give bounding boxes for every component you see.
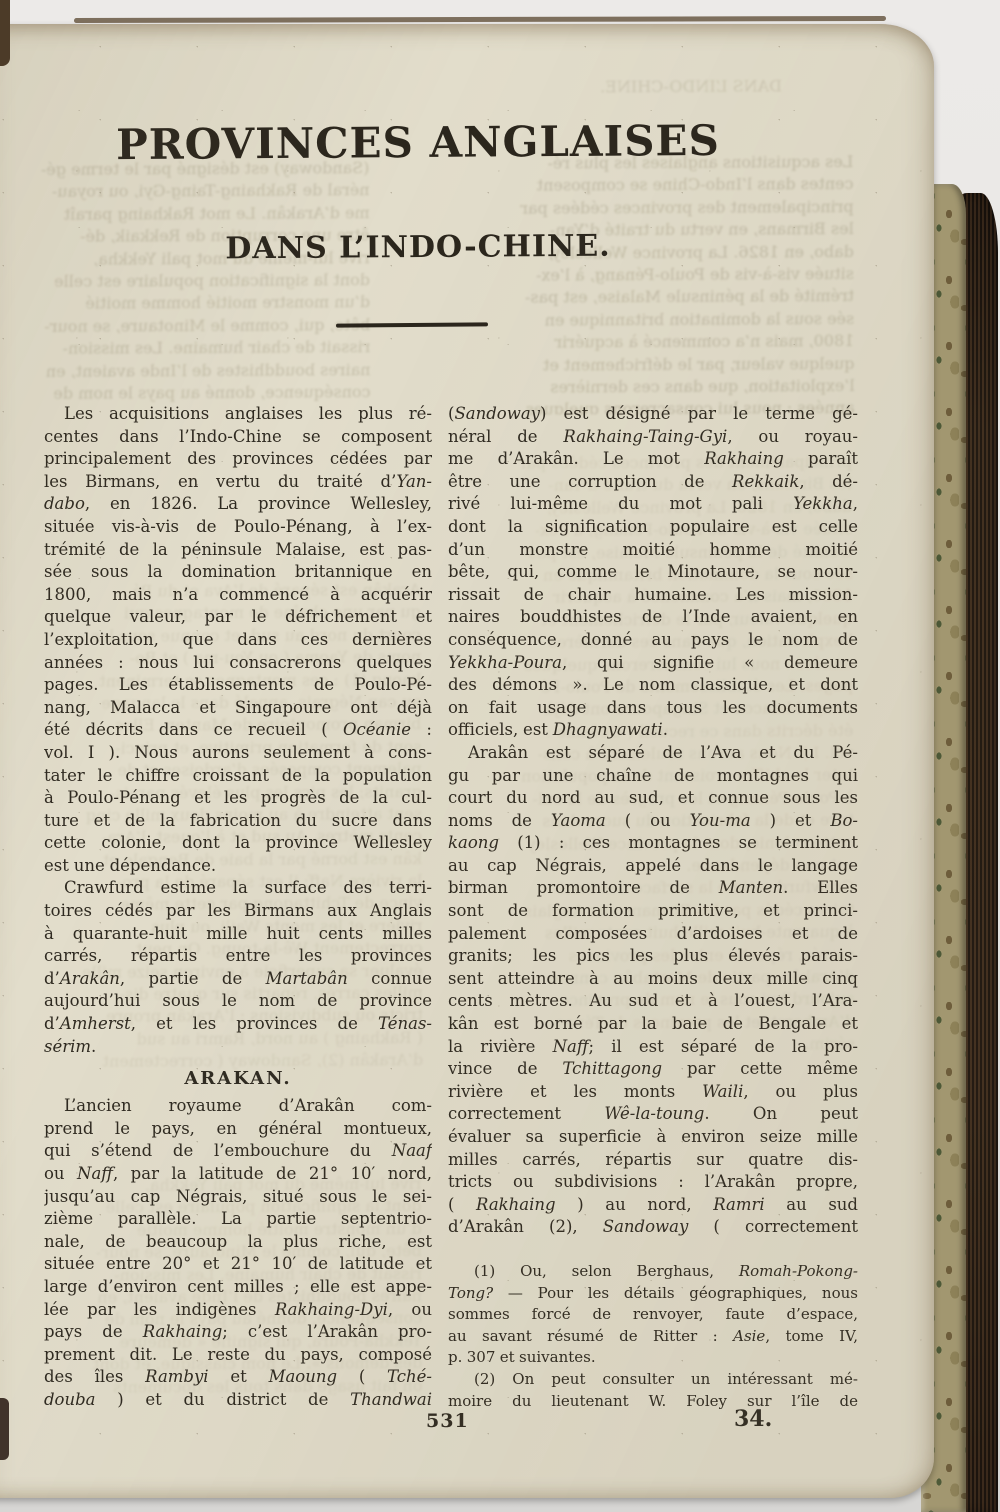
text-line: située vis-à-vis de Poulo-Pénang, à l’ex… (44, 516, 432, 539)
text-line: cents mètres. Au sud et à l’ouest, l’Ara… (448, 990, 858, 1013)
text-line: bête, qui, comme le Minotaure, se nour- (448, 561, 858, 584)
signature-mark: 34. (734, 1406, 772, 1432)
text-line: naires bouddhistes de l’Inde avaient, en (448, 606, 858, 629)
footnote: (1) Ou, selon Berghaus, Romah-Pokong-Ton… (448, 1261, 858, 1369)
paragraph: Crawfurd estime la surface des terri-toi… (44, 877, 432, 1058)
text-line: (2) On peut consulter un intéressant mé- (448, 1369, 858, 1391)
text-line: située entre 20° et 21° 10′ de latitude … (44, 1253, 432, 1276)
paragraph: Les acquisitions anglaises les plus ré-c… (44, 403, 432, 877)
text-line: à Poulo-Pénang et les progrès de la cul- (44, 787, 432, 810)
text-line: sée sous la domination britannique en (44, 561, 432, 584)
section-heading: ARAKAN. (44, 1068, 432, 1090)
page-top-edge (74, 16, 886, 23)
text-line: quelque valeur, par le défrichement et (44, 606, 432, 629)
text-line: conséquence, donné au pays le nom de (448, 629, 858, 652)
text-line: vince de Tchittagong par cette même (448, 1058, 858, 1081)
text-line: prement dit. Le reste du pays, composé (44, 1344, 432, 1367)
text-line: été décrits dans ce recueil ( Océanie : (44, 719, 432, 742)
text-line: est une dépendance. (44, 855, 432, 878)
text-line: Les acquisitions anglaises les plus ré- (44, 403, 432, 426)
binding-corner-bottom (0, 1398, 9, 1460)
text-line: la rivière Naff; il est séparé de la pro… (448, 1036, 858, 1059)
book-page: (Sandoway) est désigné par le terme gé-n… (0, 24, 934, 1498)
text-line: années : nous lui consacrerons quelques (44, 652, 432, 675)
text-line: au cap Négrais, appelé dans le langage (448, 855, 858, 878)
book-photo: (Sandoway) est désigné par le terme gé-n… (0, 0, 1000, 1512)
showthrough-text: (Sandoway) est désigné par le terme gé-n… (37, 157, 370, 413)
text-line: centes dans l’Indo-Chine se composent (44, 426, 432, 449)
text-line: L’ancien royaume d’Arakân com- (44, 1095, 432, 1118)
text-line: d’Arakân (2), Sandoway ( correctement (448, 1216, 858, 1239)
text-line: pages. Les établissements de Poulo-Pé- (44, 674, 432, 697)
text-line: granits; les pics les plus élevés parais… (448, 945, 858, 968)
text-line: zième parallèle. La partie septentrio- (44, 1208, 432, 1231)
text-line: nang, Malacca et Singapoure ont déjà (44, 697, 432, 720)
text-line: pays de Rakhaing; c’est l’Arakân pro- (44, 1321, 432, 1344)
text-line: dabo, en 1826. La province Wellesley, (44, 493, 432, 516)
text-line: tater le chiffre croissant de la populat… (44, 765, 432, 788)
text-line: d’Amherst, et les provinces de Ténas- (44, 1013, 432, 1036)
column-left: Les acquisitions anglaises les plus ré-c… (44, 403, 432, 1412)
text-line: Arakân est séparé de l’Ava et du Pé- (448, 742, 858, 765)
text-line: Yekkha-Poura, qui signifie « demeure (448, 652, 858, 675)
text-line: Crawfurd estime la surface des terri- (44, 877, 432, 900)
text-line: moire du lieutenant W. Foley sur l’île d… (448, 1391, 858, 1413)
text-line: d’un monstre moitié homme moitié (448, 539, 858, 562)
page-title: PROVINCES ANGLAISES (0, 115, 854, 170)
text-line: p. 307 et suivantes. (448, 1347, 858, 1369)
text-line: gu par une chaîne de montagnes qui (448, 765, 858, 788)
text-line: des démons ». Le nom classique, et dont (448, 674, 858, 697)
text-line: palement composées d’ardoises et de (448, 923, 858, 946)
text-line: trémité de la péninsule Malaise, est pas… (44, 539, 432, 562)
text-line: les Birmans, en vertu du traité d’Yan- (44, 471, 432, 494)
text-line: qui s’étend de l’embouchure du Naaf (44, 1140, 432, 1163)
text-line: (1) Ou, selon Berghaus, Romah-Pokong- (448, 1261, 858, 1283)
text-line: (Sandoway) est désigné par le terme gé- (448, 403, 858, 426)
text-line: sérim. (44, 1036, 432, 1059)
divider-rule (336, 322, 488, 327)
text-line: Tong? — Pour les détails géographiques, … (448, 1283, 858, 1305)
text-line: néral de Rakhaing-Taing-Gyi, ou royau- (448, 426, 858, 449)
text-line: correctement Wê-la-toung. On peut (448, 1103, 858, 1126)
text-line: sommes forcé de renvoyer, faute d’espace… (448, 1304, 858, 1326)
text-line: principalement des provinces cédées par (44, 448, 432, 471)
binding-corner-top (0, 0, 10, 66)
text-line: douba ) et du district de Thandwai (44, 1389, 432, 1412)
text-line: l’exploitation, que dans ces dernières (44, 629, 432, 652)
page-number: 531 (426, 1410, 469, 1432)
text-line: noms de Yaoma ( ou You-ma ) et Bo- (448, 810, 858, 833)
text-line: vol. I ). Nous aurons seulement à cons- (44, 742, 432, 765)
page-subtitle: DANS L’INDO-CHINE. (0, 227, 854, 268)
text-line: d’Arakân, partie de Martabân connue (44, 968, 432, 991)
text-line: kaong (1) : ces montagnes se terminent (448, 832, 858, 855)
text-line: sent atteindre à au moins deux mille cin… (448, 968, 858, 991)
paragraph: L’ancien royaume d’Arakân com-prend le p… (44, 1095, 432, 1411)
paragraph: (Sandoway) est désigné par le terme gé-n… (448, 403, 858, 742)
text-line: au savant résumé de Ritter : Asie, tome … (448, 1326, 858, 1348)
text-line: kân est borné par la baie de Bengale et (448, 1013, 858, 1036)
text-line: rissait de chair humaine. Les mission- (448, 584, 858, 607)
text-line: évaluer sa superficie à environ seize mi… (448, 1126, 858, 1149)
text-line: on fait usage dans tous les documents (448, 697, 858, 720)
text-line: 1800, mais n’a commencé à acquérir (44, 584, 432, 607)
text-line: milles carrés, répartis sur quatre dis- (448, 1149, 858, 1172)
text-line: jusqu’au cap Négrais, situé sous le sei- (44, 1186, 432, 1209)
text-columns: Les acquisitions anglaises les plus ré-c… (44, 403, 858, 1412)
text-line: des îles Rambyi et Maoung ( Tché- (44, 1366, 432, 1389)
showthrough-text: DANS L’INDO-CHINE. (542, 75, 782, 102)
text-line: sont de formation primitive, et princi- (448, 900, 858, 923)
text-line: carrés, répartis entre les provinces (44, 945, 432, 968)
text-line: rivière et les monts Waili, ou plus (448, 1081, 858, 1104)
text-line: aujourd’hui sous le nom de province (44, 990, 432, 1013)
text-line: cette colonie, dont la province Wellesle… (44, 832, 432, 855)
showthrough-text: Les acquisitions anglaises les plus ré-c… (449, 151, 854, 415)
text-line: ( Rakhaing ) au nord, Ramri au sud (448, 1194, 858, 1217)
text-line: court du nord au sud, et connue sous les (448, 787, 858, 810)
text-line: rivé lui-même du mot pali Yekkha, (448, 493, 858, 516)
text-line: nale, de beaucoup la plus riche, est (44, 1231, 432, 1254)
text-line: prend le pays, en général montueux, (44, 1118, 432, 1141)
text-line: toires cédés par les Birmans aux Anglais (44, 900, 432, 923)
text-line: à quarante-huit mille huit cents milles (44, 923, 432, 946)
text-line: lée par les indigènes Rakhaing-Dyi, ou (44, 1299, 432, 1322)
text-line: être une corruption de Rekkaik, dé- (448, 471, 858, 494)
text-line: birman promontoire de Manten. Elles (448, 877, 858, 900)
text-line: ture et de la fabrication du sucre dans (44, 810, 432, 833)
text-line: me d’Arakân. Le mot Rakhaing paraît (448, 448, 858, 471)
text-line: large d’environ cent milles ; elle est a… (44, 1276, 432, 1299)
footnote: (2) On peut consulter un intéressant mé-… (448, 1369, 858, 1412)
text-line: dont la signification populaire est cell… (448, 516, 858, 539)
column-right: (Sandoway) est désigné par le terme gé-n… (448, 403, 858, 1412)
text-line: tricts ou subdivisions : l’Arakân propre… (448, 1171, 858, 1194)
paragraph: Arakân est séparé de l’Ava et du Pé-gu p… (448, 742, 858, 1239)
text-line: officiels, est Dhagnyawati. (448, 719, 858, 742)
text-line: ou Naff, par la latitude de 21° 10′ nord… (44, 1163, 432, 1186)
